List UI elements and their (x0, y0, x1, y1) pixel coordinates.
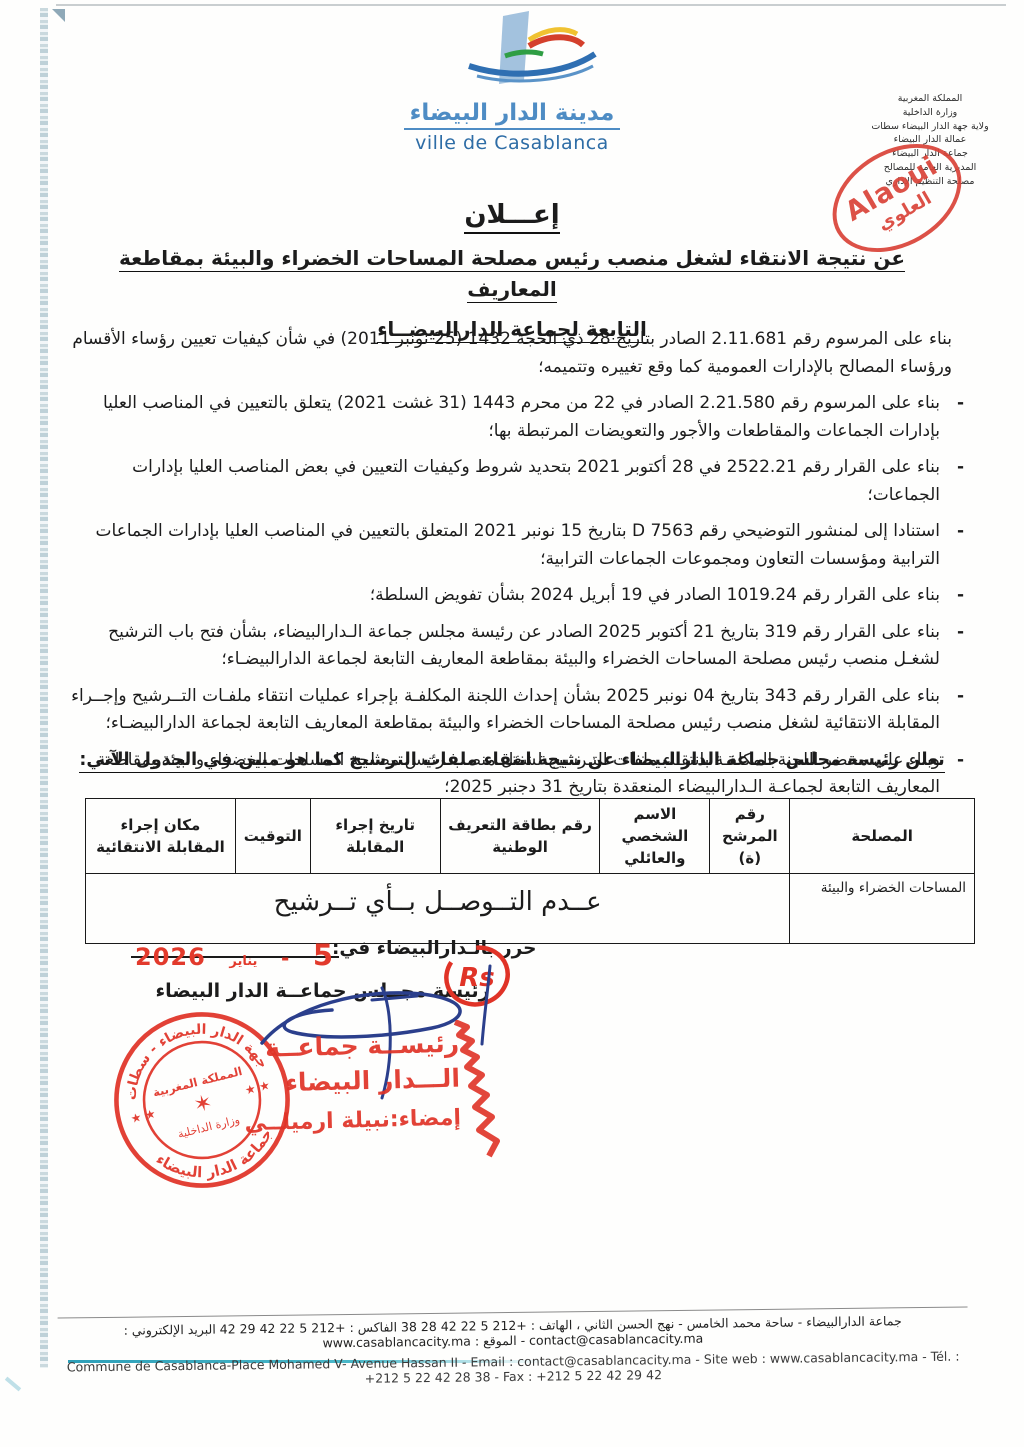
preamble-item: -بناء على القرار رقم 343 بتاريخ 04 نونبر… (58, 683, 966, 738)
table-row: المساحات الخضراء والبيئة عــدم التــوصــ… (86, 874, 975, 944)
scan-edge-right (997, 78, 1005, 868)
red-stamp-line1: رئيســة جماعــة (197, 1029, 460, 1065)
announcement-title-block: إعـــلان عن نتيجة الانتقاء لشغل منصب رئي… (112, 200, 912, 345)
footer-contact-french: Commune de Casablanca-Place Mohamed V- A… (58, 1348, 968, 1389)
preamble-item: -بناء على القرار رقم 1019.24 الصادر في 1… (58, 582, 966, 610)
red-stamp-line2: الـــدار البيضاء (198, 1064, 461, 1100)
result-cell: عــدم التــوصــل بــأي تــرشيح (86, 874, 790, 944)
red-stamp-line3: إمضاء:نبيلة ارميلــي (199, 1106, 462, 1138)
scan-corner-mark (52, 9, 65, 22)
admin-line: وزارة الداخلية (852, 106, 1008, 120)
col-header-interview-place: مكان إجراء المقابلة الانتقائية (86, 799, 236, 874)
president-red-stamp-text: رئيســة جماعــة الـــدار البيضاء إمضاء:ن… (197, 1029, 462, 1138)
scan-edge-left (40, 8, 48, 1368)
col-header-service: المصلحة (790, 799, 975, 874)
page-footer: جماعة الدارالبيضاء - ساحة محمد الخامس - … (58, 1306, 969, 1389)
col-header-full-name: الاسم الشخصي والعائلي (600, 799, 710, 874)
preamble-item: -استنادا إلى لمنشور التوضيحي رقم D 7563 … (58, 518, 966, 573)
page-subtitle-line1: عن نتيجة الانتقاء لشغل منصب رئيس مصلحة ا… (119, 246, 905, 303)
table-header-row: المصلحة رقم المرشح (ة) الاسم الشخصي والع… (86, 799, 975, 874)
admin-line: المملكة المغربية (852, 92, 1008, 106)
preamble-item: -بناء على المرسوم رقم 2.21.580 الصادر في… (58, 390, 966, 445)
minaret-stamp-icon (447, 1020, 507, 1160)
legal-preamble: بناء على المرسوم رقم 2.11.681 الصادر بتا… (58, 326, 966, 811)
page-title: إعـــلان (464, 200, 559, 234)
scanned-announcement-page: مدينة الدار البيضاء ville de Casablanca … (0, 0, 1024, 1447)
footer-contact-arabic: جماعة الدارالبيضاء - ساحة محمد الخامس - … (58, 1312, 968, 1353)
preamble-item: -بناء على القرار رقم 319 بتاريخ 21 أكتوب… (58, 619, 966, 674)
scan-edge-top (56, 4, 1006, 6)
service-cell: المساحات الخضراء والبيئة (790, 874, 975, 944)
city-logo: مدينة الدار البيضاء ville de Casablanca (362, 10, 662, 154)
logo-title-french: ville de Casablanca (362, 132, 662, 154)
col-header-candidate-number: رقم المرشح (ة) (710, 799, 790, 874)
col-header-national-id: رقم بطاقة التعريف الوطنية (440, 799, 600, 874)
announcement-sentence: تعلن رئيسة مجلس جماعة الدارالبيضاء عن نت… (62, 750, 962, 770)
scan-bottom-corner-mark (5, 1377, 21, 1392)
preamble-item: -بناء على القرار رقم 2522.21 في 28 أكتوب… (58, 454, 966, 509)
date-year: 2026 (135, 943, 206, 971)
logo-title-arabic: مدينة الدار البيضاء (404, 100, 621, 130)
stamp-stars-left: ★ ★ (129, 1106, 157, 1126)
preamble-item: بناء على المرسوم رقم 2.11.681 الصادر بتا… (58, 326, 966, 381)
admin-line: ولاية جهة الدار البيضاء سطات (852, 120, 1008, 134)
col-header-interview-date: تاريخ إجراء المقابلة (310, 799, 440, 874)
selection-results-table: المصلحة رقم المرشح (ة) الاسم الشخصي والع… (85, 798, 975, 944)
casablanca-logo-icon (417, 10, 607, 96)
col-header-time: التوقيت (235, 799, 310, 874)
